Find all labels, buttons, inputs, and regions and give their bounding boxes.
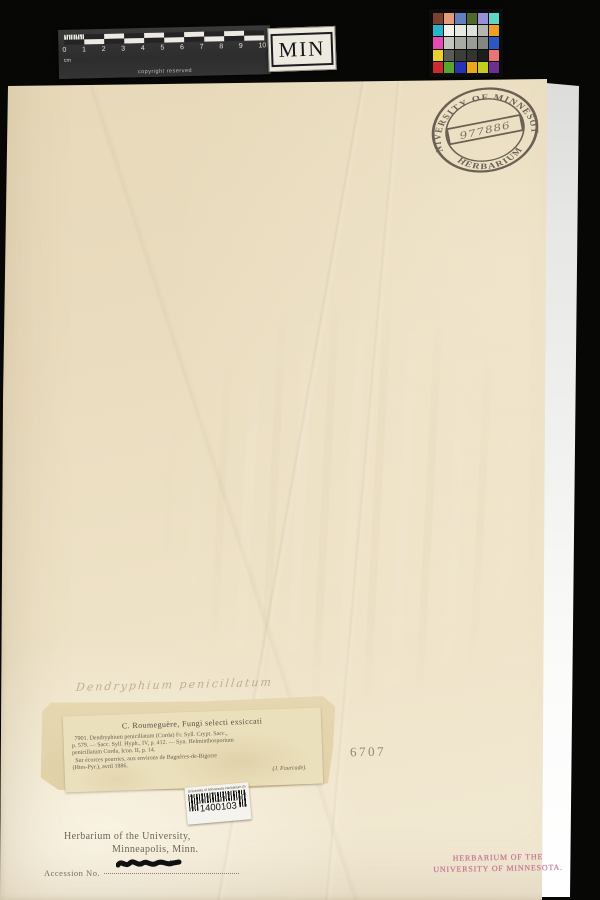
ruler-number: 10 — [258, 42, 266, 49]
institution-code-text: MIN — [270, 31, 334, 66]
ruler-copyright-text: copyright reserved — [59, 66, 271, 77]
ruler-checker-cell — [224, 36, 244, 41]
color-card-grid — [433, 13, 499, 73]
color-calibration-card — [429, 9, 503, 77]
color-patch — [444, 50, 454, 61]
color-patch — [433, 62, 443, 73]
color-patch — [455, 62, 465, 73]
color-patch — [467, 13, 477, 24]
ruler-checker-cell — [164, 37, 184, 42]
ruler-checker-cell — [204, 36, 224, 41]
color-patch — [489, 50, 499, 61]
color-patch — [478, 13, 488, 24]
color-patch — [444, 62, 454, 73]
accession-dotted-line — [104, 873, 239, 874]
ruler-number: 7 — [200, 44, 204, 51]
color-patch — [433, 37, 443, 48]
ownership-ink-stamp: HERBARIUM OF THE UNIVERSITY OF MINNESOTA… — [432, 851, 564, 875]
color-patch — [478, 62, 488, 73]
color-patch — [467, 62, 477, 73]
color-patch — [489, 13, 499, 24]
color-patch — [444, 25, 454, 36]
ruler-number: 0 — [62, 47, 66, 54]
ruler-checker-cell — [104, 39, 124, 44]
ruler-unit-label: cm — [64, 58, 71, 64]
ruler-number: 2 — [102, 46, 106, 53]
color-patch — [433, 25, 443, 36]
institution-line2: Minneapolis, Minn. — [112, 844, 274, 855]
scanned-herbarium-sheet: 012345678910 cm copyright reserved MIN U… — [0, 0, 600, 900]
ruler-number: 1 — [82, 46, 86, 53]
ruler-checker-cell — [124, 38, 144, 43]
ruler-checker-cell — [84, 39, 104, 44]
color-patch — [433, 13, 443, 24]
color-patch — [489, 62, 499, 73]
ruler-checker-cell — [244, 35, 264, 40]
color-patch — [444, 13, 454, 24]
ruler-checker-cell — [144, 38, 164, 43]
color-patch — [433, 50, 443, 61]
color-patch — [444, 37, 454, 48]
stamp-handwritten-number: 977886 — [458, 119, 511, 141]
accession-label: Accession No. — [44, 868, 100, 878]
color-patch — [455, 13, 465, 24]
sheet-number-stamp: 6707 — [350, 744, 386, 761]
ruler-checker-cell — [184, 37, 204, 42]
ownership-stamp-line2: UNIVERSITY OF MINNESOTA. — [432, 862, 564, 875]
color-patch — [455, 25, 465, 36]
institution-line1: Herbarium of the University, — [64, 831, 274, 842]
color-patch — [455, 37, 465, 48]
color-patch — [455, 50, 465, 61]
exsiccati-label: C. Roumeguère, Fungi selecti exsiccati 7… — [63, 708, 323, 793]
ruler-number: 9 — [239, 43, 243, 50]
color-patch — [478, 37, 488, 48]
ruler-number: 5 — [160, 45, 164, 52]
ink-scribble — [116, 857, 182, 870]
color-patch — [489, 37, 499, 48]
color-patch — [467, 37, 477, 48]
cm-scale-bar: 012345678910 cm copyright reserved — [58, 25, 271, 79]
ruler-number: 3 — [121, 45, 125, 52]
ruler-number: 6 — [180, 44, 184, 51]
ruler-number: 8 — [219, 43, 223, 50]
color-patch — [489, 25, 499, 36]
institution-print-block: Herbarium of the University, Minneapolis… — [44, 831, 274, 878]
ruler-number: 4 — [141, 45, 145, 52]
barcode-label: University of Minnesota Herbarium (MIN) … — [185, 782, 252, 824]
ruler-checker-cell — [64, 39, 84, 44]
color-patch — [467, 25, 477, 36]
color-patch — [467, 50, 477, 61]
color-patch — [478, 25, 488, 36]
institution-code-plate: MIN — [267, 26, 336, 72]
color-patch — [478, 50, 488, 61]
